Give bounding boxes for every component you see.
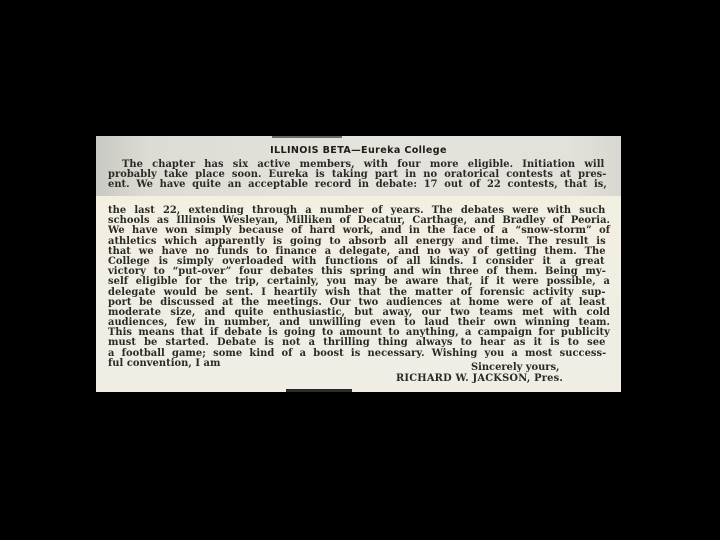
body-line: self eligible for the trip, certainly, y…	[108, 277, 610, 287]
report-paragraph-upper: The chapter has six active members, with…	[108, 160, 610, 191]
slide-stage: ILLINOIS BETA—Eureka College The chapter…	[0, 0, 720, 540]
bottom-divider-rule	[286, 389, 352, 392]
newspaper-clipping: ILLINOIS BETA—Eureka College The chapter…	[96, 136, 621, 392]
report-paragraph-lower: the last 22, extending through a number …	[108, 206, 610, 369]
body-line: ent. We have quite an acceptable record …	[108, 180, 610, 190]
chapter-heading: ILLINOIS BETA—Eureka College	[96, 145, 621, 156]
letter-closing: Sincerely yours,	[471, 362, 559, 373]
top-divider-rule	[272, 136, 342, 138]
letter-signature: RICHARD W. JACKSON, Pres.	[396, 373, 563, 384]
